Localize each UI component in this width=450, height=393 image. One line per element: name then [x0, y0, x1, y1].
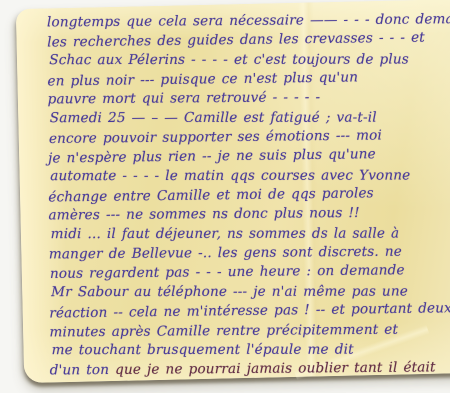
handwriting-line: je n'espère plus rien -- je ne suis plus…	[48, 145, 450, 170]
handwriting-line: les recherches des guides dans les creva…	[47, 28, 450, 53]
handwriting-line-final: d'un ton que je ne pourrai jamais oublie…	[50, 358, 450, 381]
handwriting-line: me touchant brusquement l'épaule me dit	[52, 340, 450, 360]
handwriting-line: Samedi 25 — – — Camille est fatigué ; va…	[50, 108, 450, 128]
scan-background: longtemps que cela sera nécessaire —— - …	[0, 0, 450, 393]
handwriting-text: longtemps que cela sera nécessaire —— - …	[47, 10, 450, 381]
handwriting-line: midi ... il faut déjeuner, ns sommes ds …	[51, 224, 450, 244]
handwriting-line-dark-ink: que je ne pourrai jamais oublier tant il…	[115, 360, 436, 379]
handwriting-line-lead: d'un ton	[50, 362, 115, 379]
handwriting-line: nous regardent pas - - - une heure : on …	[50, 261, 450, 285]
letter-page: longtemps que cela sera nécessaire —— - …	[16, 0, 450, 383]
